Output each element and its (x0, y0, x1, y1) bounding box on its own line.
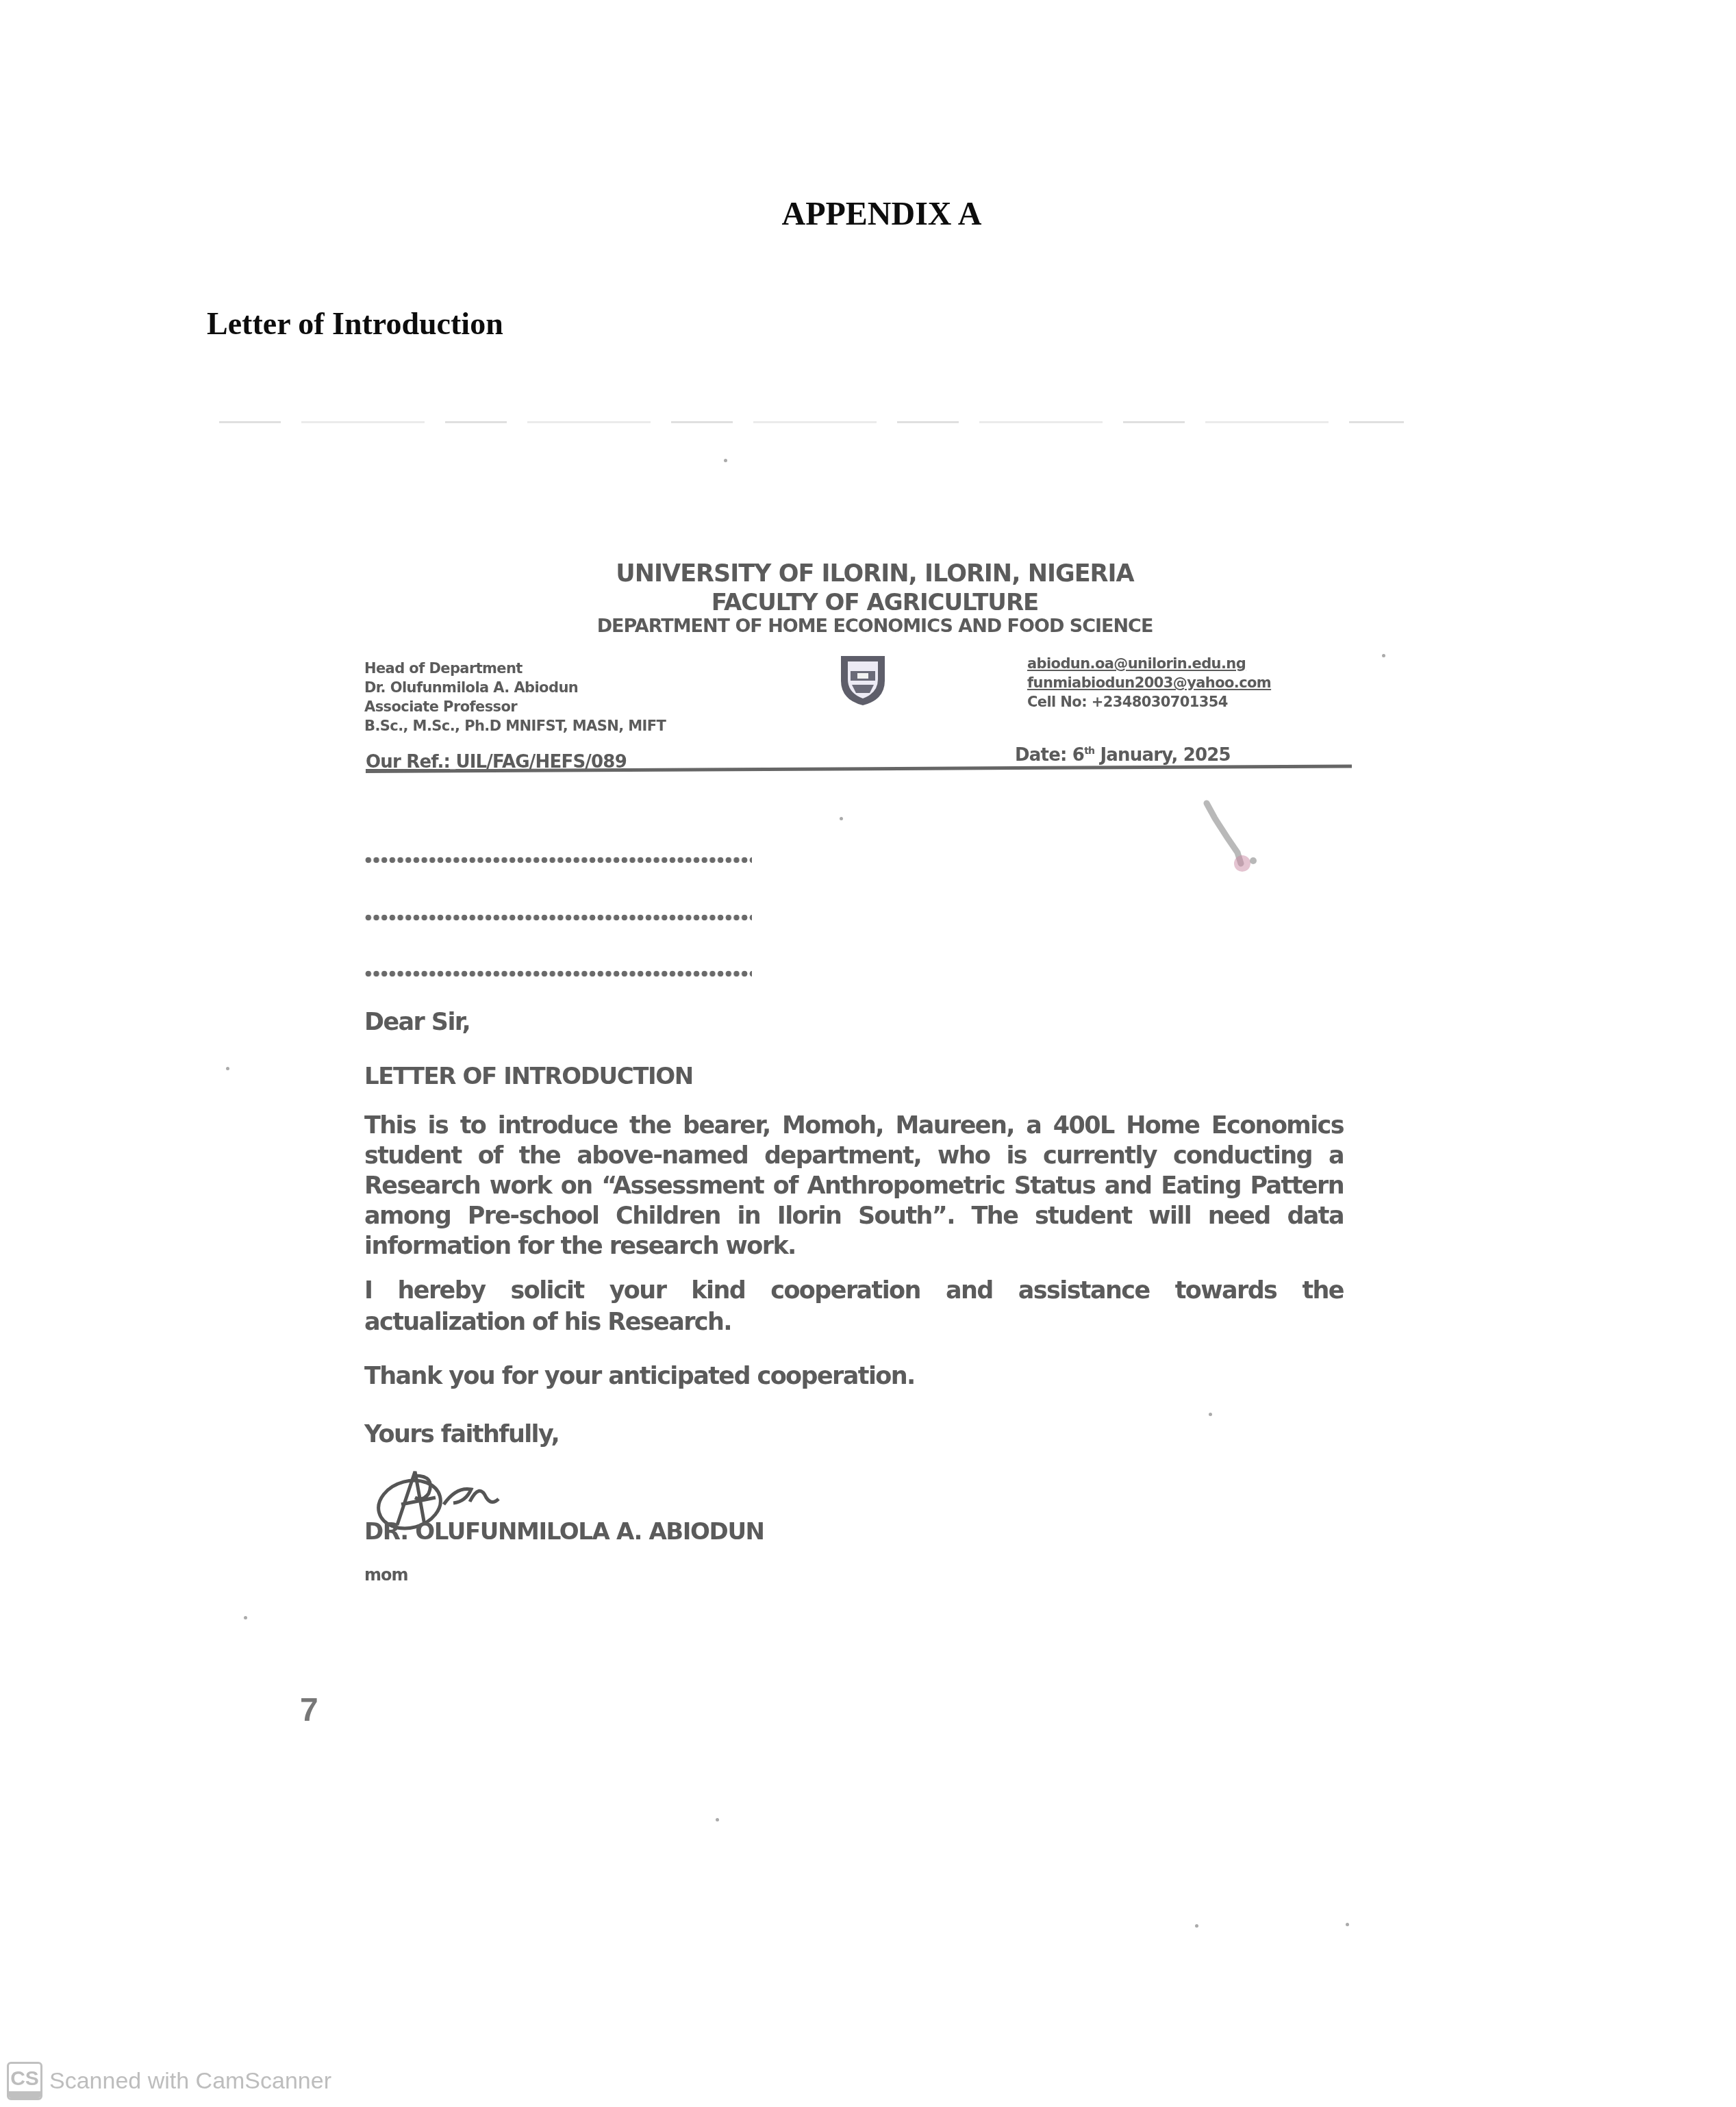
typist-initials: mom (364, 1565, 408, 1585)
scan-speck (1346, 1923, 1349, 1926)
phone-number: Cell No: +2348030701354 (1027, 692, 1271, 711)
scan-speck (840, 817, 843, 820)
date-day-suffix: th (1084, 746, 1094, 757)
watermark-text: Scanned with CamScanner (49, 2068, 331, 2095)
scan-edge-artifact (219, 421, 1404, 423)
appendix-title: APPENDIX A (0, 195, 1736, 233)
paragraph-introduction: This is to introduce the bearer, Momoh, … (364, 1111, 1344, 1261)
address-line-2 (364, 913, 752, 922)
university-crest-icon (834, 651, 892, 708)
scan-speck (244, 1616, 247, 1619)
address-line-1 (364, 856, 752, 864)
margin-handwritten-mark: 7 (300, 1691, 318, 1729)
hod-qualifications: B.Sc., M.Sc., Ph.D MNIFST, MASN, MIFT (364, 716, 666, 735)
email-link-1[interactable]: abiodun.oa@unilorin.edu.ng (1027, 654, 1271, 673)
scan-speck (724, 459, 727, 462)
salutation: Dear Sir, (364, 1009, 470, 1036)
date-line: Date: 6th January, 2025 (1015, 745, 1231, 766)
hod-title: Head of Department (364, 659, 666, 678)
camscanner-logo-icon: CS (7, 2062, 42, 2100)
hod-block: Head of Department Dr. Olufunmilola A. A… (364, 659, 666, 735)
letterhead-university: UNIVERSITY OF ILORIN, ILORIN, NIGERIA (0, 560, 1736, 588)
email-link-2[interactable]: funmiabiodun2003@yahoo.com (1027, 673, 1271, 692)
scan-speck (716, 1818, 719, 1821)
letterhead-department: DEPARTMENT OF HOME ECONOMICS AND FOOD SC… (0, 616, 1736, 637)
scan-speck (1209, 1413, 1212, 1416)
section-heading: Letter of Introduction (207, 305, 503, 342)
camscanner-watermark: CS Scanned with CamScanner (7, 2062, 331, 2100)
hod-rank: Associate Professor (364, 697, 666, 716)
letter-subject: LETTER OF INTRODUCTION (364, 1063, 693, 1090)
date-day: 6 (1072, 745, 1084, 766)
scan-speck (1195, 1924, 1198, 1928)
hod-name: Dr. Olufunmilola A. Abiodun (364, 678, 666, 697)
thanks-line: Thank you for your anticipated cooperati… (364, 1363, 915, 1390)
contact-block: abiodun.oa@unilorin.edu.ng funmiabiodun2… (1027, 654, 1271, 711)
ink-mark-artifact (1200, 798, 1261, 873)
letterhead-faculty: FACULTY OF AGRICULTURE (0, 589, 1736, 616)
scan-speck (226, 1067, 229, 1070)
address-line-3 (364, 970, 752, 978)
date-label: Date: (1015, 745, 1067, 766)
date-rest: January, 2025 (1100, 745, 1230, 766)
paragraph-request: I hereby solicit your kind cooperation a… (364, 1275, 1344, 1338)
closing-line: Yours faithfully, (364, 1421, 559, 1448)
scan-speck (1382, 654, 1385, 657)
signatory-name: DR. OLUFUNMILOLA A. ABIODUN (364, 1518, 764, 1545)
